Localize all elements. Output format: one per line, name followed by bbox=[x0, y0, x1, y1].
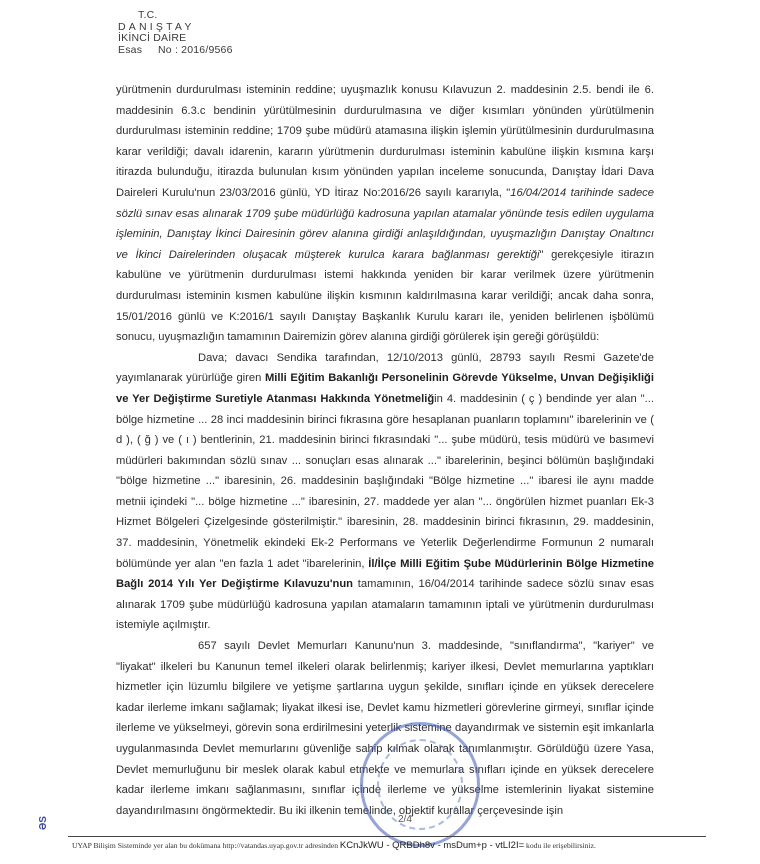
page-number: 2/4 bbox=[398, 814, 412, 825]
document-header: T.C. DANIŞTAY İKİNCİ DAİRE EsasNo : 2016… bbox=[118, 10, 233, 56]
paragraph-2: Dava; davacı Sendika tarafından, 12/10/2… bbox=[116, 348, 654, 636]
document-page: T.C. DANIŞTAY İKİNCİ DAİRE EsasNo : 2016… bbox=[0, 0, 760, 864]
paragraph-1-continuation: " gerekçesiyle itirazın kabulüne ve yürü… bbox=[116, 249, 654, 343]
footer-access-suffix: kodu ile erişebilirsiniz. bbox=[524, 841, 596, 850]
paragraph-2-continuation: in 4. maddesinin ( ç ) bendinde yer alan… bbox=[116, 393, 654, 570]
paragraph-3-text: 657 sayılı Devlet Memurları Kanunu'nun 3… bbox=[116, 640, 654, 817]
document-access-code: KCnJkWU - QRBDh8v - msDum+p - vtLI2I= bbox=[340, 840, 524, 851]
document-body: yürütmenin durdurulması isteminin reddin… bbox=[116, 80, 654, 821]
case-number: EsasNo : 2016/9566 bbox=[118, 45, 233, 57]
paragraph-1: yürütmenin durdurulması isteminin reddin… bbox=[116, 80, 654, 348]
document-footer: UYAP Bilişim Sisteminde yer alan bu dokü… bbox=[72, 840, 722, 851]
footer-divider bbox=[68, 836, 706, 837]
paragraph-1-text: yürütmenin durdurulması isteminin reddin… bbox=[116, 84, 654, 199]
country-label: T.C. bbox=[118, 10, 233, 22]
case-number-label: Esas bbox=[118, 45, 158, 57]
margin-mark: ƏS bbox=[38, 816, 49, 830]
case-number-value: No : 2016/9566 bbox=[158, 44, 233, 56]
footer-access-text: UYAP Bilişim Sisteminde yer alan bu dokü… bbox=[72, 841, 340, 850]
paragraph-3: 657 sayılı Devlet Memurları Kanunu'nun 3… bbox=[116, 636, 654, 821]
